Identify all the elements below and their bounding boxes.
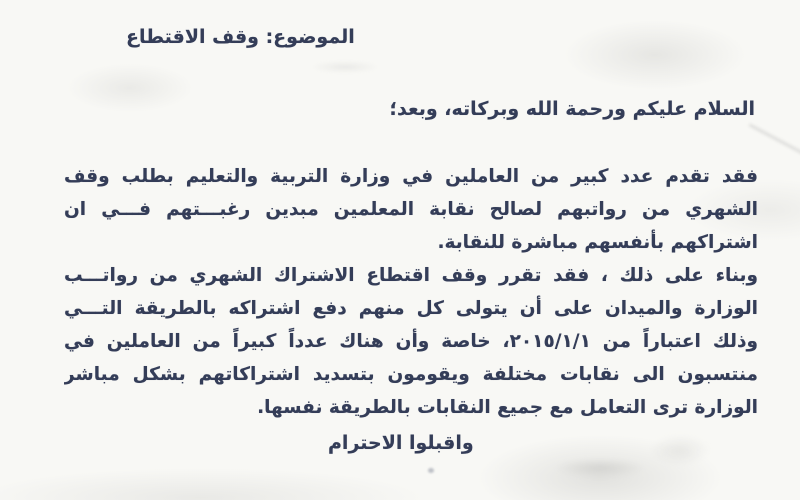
body-line: فقد تقدم عدد كبير من العاملين في وزارة ا… (64, 160, 758, 193)
greeting-line: السلام عليكم ورحمة الله وبركاته، وبعد؛ (389, 98, 755, 120)
body-line: وذلك اعتباراً من ٢٠١٥/١/١، خاصة وأن هناك… (64, 325, 758, 358)
body-line: الشهري من رواتبهم لصالح نقابة المعلمين م… (64, 193, 758, 226)
body-line: اشتراكهم بأنفسهم مباشرة للنقابة. (64, 226, 758, 259)
scan-smudge (749, 124, 800, 159)
closing-line: واقبلوا الاحترام (328, 432, 474, 454)
scanned-letter-page: الموضوع: وقف الاقتطاع السلام عليكم ورحمة… (0, 0, 800, 500)
scan-smudge (300, 60, 390, 74)
scan-smudge (428, 468, 434, 473)
subject-line: الموضوع: وقف الاقتطاع (126, 26, 355, 48)
body-line: الوزارة والميدان على أن يتولى كل منهم دف… (64, 292, 758, 325)
body-line: وبناء على ذلك ، فقد تقرر وقف اقتطاع الاش… (64, 259, 758, 292)
letter-body: فقد تقدم عدد كبير من العاملين في وزارة ا… (64, 160, 758, 424)
body-line: منتسبون الى نقابات مختلفة ويقومون بتسديد… (64, 358, 758, 391)
body-line: الوزارة ترى التعامل مع جميع النقابات بال… (64, 391, 758, 424)
scan-smudge (540, 455, 660, 481)
scan-smudge (640, 430, 720, 470)
